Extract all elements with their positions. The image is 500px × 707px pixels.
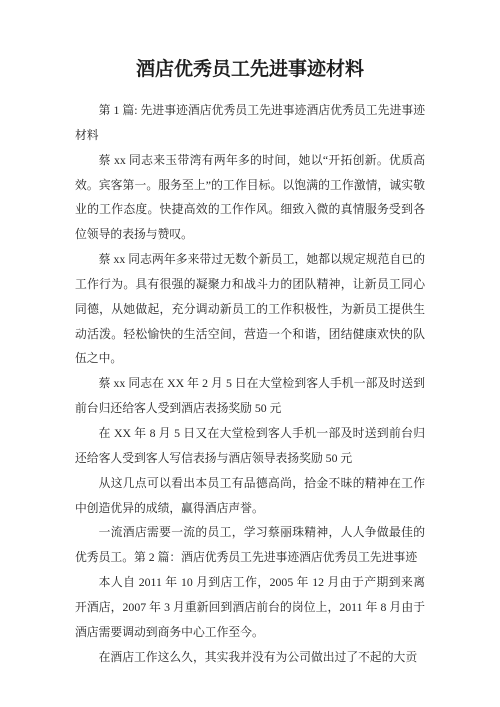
document-page: 酒店优秀员工先进事迹材料 第 1 篇: 先进事迹酒店优秀员工先进事迹酒店优秀员工… xyxy=(0,0,500,707)
paragraph-4: 蔡 xx 同志在 XX 年 2 月 5 日在大堂检到客人手机一部及时送到前台归还… xyxy=(75,371,425,421)
document-body: 第 1 篇: 先进事迹酒店优秀员工先进事迹酒店优秀员工先进事迹材料蔡 xx 同志… xyxy=(75,98,425,669)
paragraph-9: 在酒店工作这么久，其实我并没有为公司做出过了不起的大贡 xyxy=(75,645,425,670)
paragraph-2: 蔡 xx 同志来玉带湾有两年多的时间，她以“开拓创新。优质高效。宾客第一。服务至… xyxy=(75,148,425,247)
document-title: 酒店优秀员工先进事迹材料 xyxy=(75,55,425,85)
paragraph-7: 一流酒店需要一流的员工，学习蔡丽珠精神，人人争做最佳的优秀员工。第 2 篇：酒店… xyxy=(75,520,425,570)
paragraph-6: 从这几点可以看出本员工有品德高尚，拾金不昧的精神在工作中创造优异的成绩，赢得酒店… xyxy=(75,471,425,521)
paragraph-3: 蔡 xx 同志两年多来带过无数个新员工，她都以规定规范自已的工作行为。具有很强的… xyxy=(75,247,425,371)
paragraph-8: 本人自 2011 年 10 月到店工作，2005 年 12 月由于产期到来离开酒… xyxy=(75,570,425,645)
paragraph-5: 在 XX 年 8 月 5 日又在大堂检到客人手机一部及时送到前台归还给客人受到客… xyxy=(75,421,425,471)
paragraph-1: 第 1 篇: 先进事迹酒店优秀员工先进事迹酒店优秀员工先进事迹材料 xyxy=(75,98,425,148)
document-content: 酒店优秀员工先进事迹材料 第 1 篇: 先进事迹酒店优秀员工先进事迹酒店优秀员工… xyxy=(0,0,500,669)
